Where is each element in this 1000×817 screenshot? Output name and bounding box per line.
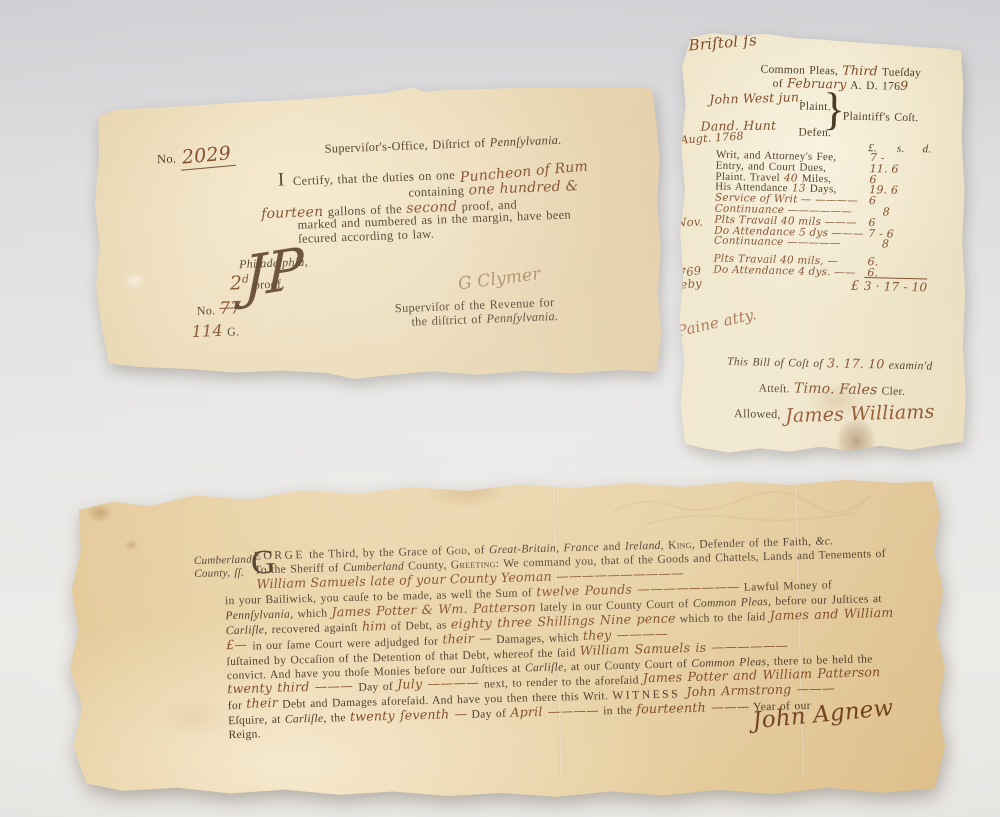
- bill-of-costs: Briſtol ſs Common Pleas, Third Tueſday o…: [670, 28, 970, 456]
- george-caps: EORGE: [254, 548, 305, 562]
- him-handwritten: him: [362, 618, 387, 634]
- attest-line: Atteſt. Timo. Fales Cler.: [758, 379, 905, 400]
- ireland-italic: Ireland: [625, 539, 661, 553]
- photograph: No. 2029 Superviſor's-Office, Diſtrict o…: [0, 0, 1000, 817]
- show-through-marks: [606, 475, 907, 529]
- bill-examined-suffix: examin'd: [884, 359, 932, 372]
- writ-text: in the: [599, 704, 637, 718]
- common-pleas-italic: Common Pleas,: [693, 595, 772, 610]
- court-title-of: of: [773, 78, 788, 90]
- plaintiff-name-handwritten: John West jun.: [709, 89, 803, 107]
- writ-text: Day of: [467, 707, 510, 721]
- margin-gallons-handwritten: 114: [191, 321, 223, 341]
- writ-text: Eſquire, at: [228, 713, 285, 727]
- total-line: £ 3 · 17 - 10: [851, 277, 928, 297]
- writ-text: which to the ſaid: [675, 610, 769, 625]
- office-heading-state: Pennſylvania.: [489, 133, 561, 150]
- bill-examined-line: This Bill of Coſt of 3. 17. 10 examin'd: [727, 352, 933, 375]
- writ-text: , of: [467, 543, 489, 557]
- carlisle-italic: Carliſle,: [525, 660, 567, 674]
- writ-text: Damages, which: [492, 630, 583, 645]
- brace-glyph: }: [822, 86, 845, 132]
- writ-text: and: [599, 540, 625, 554]
- certificate-number: No. 2029: [157, 143, 236, 170]
- margin-number-handwritten: 77: [219, 298, 242, 319]
- etc-italic: &c.: [815, 534, 833, 547]
- cost-row-handwritten: Do Attendance 4 dys. ——: [713, 264, 867, 279]
- margin-date-nov: Nov.: [676, 215, 703, 230]
- bill-amount-handwritten: 3. 17. 10: [827, 355, 885, 371]
- margin-gallons-unit: G.: [223, 324, 240, 339]
- writ-text: recovered againſt: [267, 621, 362, 636]
- their-handwritten: their: [246, 695, 278, 711]
- rum-duty-certificate: No. 2029 Superviſor's-Office, Diſtrict o…: [82, 84, 666, 382]
- supervisor-title-text: the diſtrict of: [411, 312, 487, 329]
- certificate-number-label: No.: [157, 152, 177, 167]
- office-heading-text: Superviſor's-Office, Diſtrict of: [324, 135, 490, 155]
- writ-of-execution-paper: CumberlandCounty, ſſ. G EORGE the Third,…: [50, 474, 954, 798]
- cost-row-handwritten: Continuance —————: [714, 235, 868, 250]
- bill-of-costs-paper: Briſtol ſs Common Pleas, Third Tueſday o…: [670, 28, 970, 456]
- clerk-title: Cler.: [877, 385, 905, 398]
- regnal-year-handwritten: fourteenth ———: [636, 698, 750, 716]
- supervisor-title-state: Pennſylvania.: [486, 309, 558, 326]
- attest-label: Atteſt.: [759, 383, 795, 396]
- witness-name-handwritten: John Armstrong ———: [686, 681, 835, 700]
- quantity-handwritten: one hundred &: [468, 178, 578, 198]
- writ-of-execution: CumberlandCounty, ſſ. G EORGE the Third,…: [50, 474, 954, 798]
- writ-text: Day of: [358, 680, 397, 694]
- cost-rows: Writ, and Attorney's Fee,7 - Entry, and …: [713, 148, 968, 279]
- margin-number-label: No.: [197, 303, 216, 318]
- great-britain-italic: Great-Britain, France: [489, 540, 599, 556]
- office-heading: Superviſor's-Office, Diſtrict of Pennſyl…: [324, 133, 561, 157]
- cost-row-value: 8: [868, 237, 966, 252]
- allowed-line: Allowed, James Williams: [734, 400, 935, 427]
- writ-text: Lawful Money of: [739, 579, 832, 594]
- creditor-names-handwritten: James and William: [769, 605, 893, 623]
- total-currency: £: [851, 279, 864, 294]
- their-handwritten: their —: [442, 630, 492, 646]
- supervisor-signature: G Clymer: [457, 264, 542, 294]
- writ-text: the: [326, 711, 350, 725]
- margin-gallons: 114 G.: [191, 320, 239, 342]
- god-smallcaps: God: [446, 544, 467, 558]
- return-day-handwritten: twenty third ———: [227, 678, 358, 696]
- carlisle-italic: Carliſle,: [226, 624, 268, 638]
- allowed-label: Allowed,: [734, 406, 785, 421]
- writ-text: for: [228, 699, 247, 712]
- issue-day-handwritten: twenty ſeventh —: [350, 705, 468, 723]
- judge-signature: James Williams: [785, 401, 935, 427]
- clerk-signature: Timo. Fales: [794, 380, 878, 398]
- margin-date-feb: Feby: [672, 276, 702, 292]
- return-month-handwritten: July ————: [397, 675, 484, 692]
- certificate-number-value: 2029: [179, 142, 236, 171]
- court-year-digit-handwritten: 9: [900, 78, 908, 93]
- county-caption-handwritten: Briſtol ſs: [688, 31, 758, 55]
- rum-duty-certificate-paper: No. 2029 Superviſor's-Office, Diſtrict o…: [82, 84, 666, 382]
- greeting-smallcaps: Greeting: [451, 557, 496, 571]
- inspector-monogram-signature: JP: [243, 241, 304, 308]
- court-title-year: A. D. 176: [846, 80, 900, 93]
- attorney-note-handwritten: Paine atty.: [675, 305, 758, 340]
- king-smallcaps: King: [668, 538, 692, 552]
- plaintiffs-cost-label: Plaintiff's Coſt.: [843, 110, 919, 124]
- margin-date-aug: Augt. 1768: [680, 129, 744, 146]
- total-value: 3 · 17 - 10: [864, 277, 928, 294]
- carlisle-italic: Carliſle,: [285, 712, 327, 726]
- writ-text: which: [293, 607, 332, 621]
- pennsylvania-italic: Pennſylvania,: [225, 608, 293, 623]
- issue-month-handwritten: April ————: [510, 702, 599, 719]
- drop-initial: I: [277, 169, 284, 190]
- flourish-handwritten: £—: [226, 637, 253, 653]
- margin-number: No. 77: [196, 298, 241, 320]
- bill-examined-text: This Bill of Coſt of: [727, 356, 827, 370]
